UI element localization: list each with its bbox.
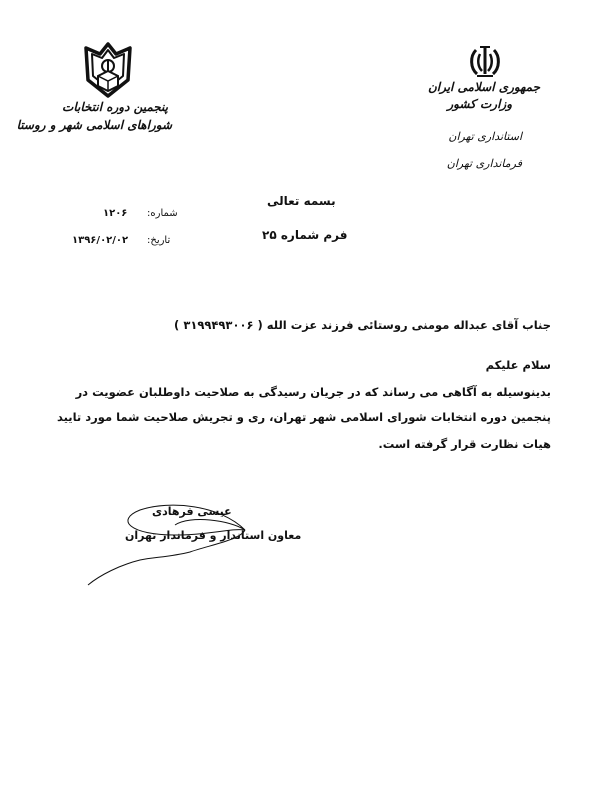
signature-block: عیسی فرهادی معاون استاندار و فرماندار ته… <box>80 495 320 595</box>
letterhead-governor-office: فرمانداری تهران <box>447 157 522 170</box>
election-logo-line2: شوراهای اسلامی شهر و روستا <box>17 118 172 132</box>
letterhead-left: پنجمین دوره انتخابات شوراهای اسلامی شهر … <box>50 38 180 138</box>
letter-date-value: ۱۳۹۶/۰۲/۰۲ <box>72 235 128 246</box>
form-title: فرم شماره ۲۵ <box>262 228 347 242</box>
invocation-heading: بسمه تعالی <box>267 194 336 208</box>
letterhead-right: جمهوری اسلامی ایران وزارت کشور استانداری… <box>430 40 550 180</box>
body-line-1: بدینوسیله به آگاهی می رساند که در جریان … <box>76 385 551 399</box>
signatory-title: معاون استاندار و فرماندار تهران <box>125 529 301 542</box>
election-logo-line1: پنجمین دوره انتخابات <box>62 100 168 114</box>
iran-emblem-icon <box>468 44 502 80</box>
letterhead-country: جمهوری اسلامی ایران <box>428 80 540 94</box>
letter-number-value: ۱۲۰۶ <box>103 208 127 219</box>
body-line-3: هیات نظارت قرار گرفته است. <box>378 437 551 451</box>
election-ballot-box-logo-icon <box>78 40 138 100</box>
letter-date-label: تاریخ: <box>147 235 170 246</box>
body-line-2: پنجمین دوره انتخابات شورای اسلامی شهر ته… <box>57 410 551 424</box>
letter-number-label: شماره: <box>147 208 178 219</box>
addressee-line: جناب آقای عبداله مومنی روستائی فرزند عزت… <box>174 318 551 332</box>
letterhead-ministry: وزارت کشور <box>447 97 512 111</box>
letterhead-governorate: استانداری تهران <box>448 130 522 143</box>
signatory-name: عیسی فرهادی <box>152 505 232 518</box>
greeting: سلام علیکم <box>486 358 551 372</box>
